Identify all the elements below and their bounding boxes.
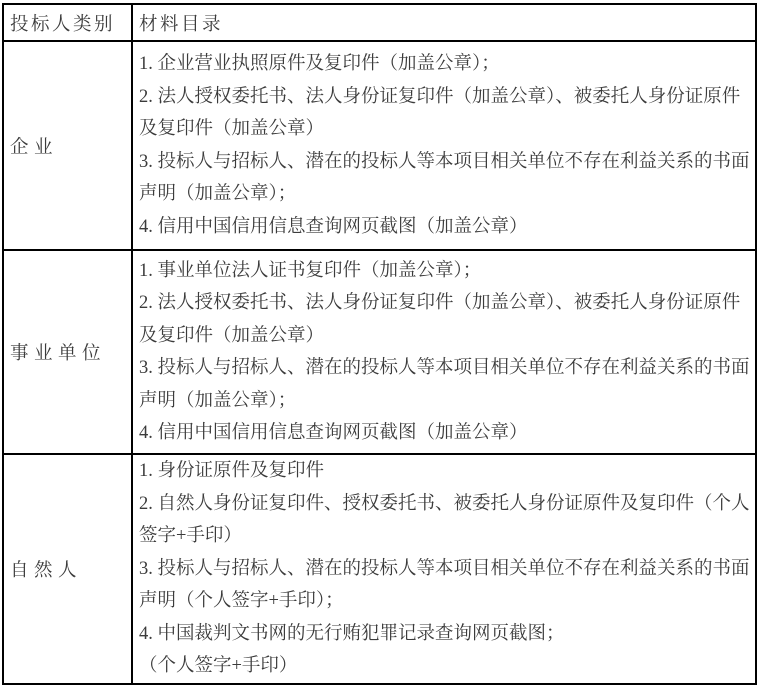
material-item: 1. 企业营业执照原件及复印件（加盖公章）； [139, 48, 752, 81]
table-row-public-institution: 事业单位 1. 事业单位法人证书复印件（加盖公章）； 2. 法人授权委托书、法人… [3, 250, 756, 454]
col-header-material-catalog: 材料目录 [132, 4, 756, 41]
materials-list-public-institution: 1. 事业单位法人证书复印件（加盖公章）； 2. 法人授权委托书、法人身份证复印… [132, 250, 756, 454]
category-label-enterprise: 企业 [3, 41, 132, 250]
material-item: 1. 身份证原件及复印件 [139, 455, 752, 488]
material-item: 4. 信用中国信用信息查询网页截图（加盖公章） [139, 211, 752, 244]
document-page: 投标人类别 材料目录 企业 1. 企业营业执照原件及复印件（加盖公章）； 2. … [0, 0, 760, 688]
col-header-bidder-category: 投标人类别 [3, 4, 132, 41]
material-item: 3. 投标人与招标人、潜在的投标人等本项目相关单位不存在利益关系的书面 声明（加… [139, 146, 752, 211]
material-item: （个人签字+手印） [139, 650, 752, 683]
materials-list-enterprise: 1. 企业营业执照原件及复印件（加盖公章）； 2. 法人授权委托书、法人身份证复… [132, 41, 756, 250]
materials-list-natural-person: 1. 身份证原件及复印件 2. 自然人身份证复印件、授权委托书、被委托人身份证原… [132, 454, 756, 684]
category-label-public-institution: 事业单位 [3, 250, 132, 454]
material-item: 4. 信用中国信用信息查询网页截图（加盖公章） [139, 417, 752, 450]
material-item: 4. 中国裁判文书网的无行贿犯罪记录查询网页截图； [139, 618, 752, 651]
table-row-enterprise: 企业 1. 企业营业执照原件及复印件（加盖公章）； 2. 法人授权委托书、法人身… [3, 41, 756, 250]
material-item: 2. 法人授权委托书、法人身份证复印件（加盖公章）、被委托人身份证原件 及复印件… [139, 81, 752, 146]
category-label-natural-person: 自然人 [3, 454, 132, 684]
material-item: 3. 投标人与招标人、潜在的投标人等本项目相关单位不存在利益关系的书面 声明（个… [139, 553, 752, 618]
material-item: 1. 事业单位法人证书复印件（加盖公章）； [139, 255, 752, 288]
material-item: 2. 法人授权委托书、法人身份证复印件（加盖公章）、被委托人身份证原件 及复印件… [139, 287, 752, 352]
table-header-row: 投标人类别 材料目录 [3, 4, 756, 41]
bidder-materials-table: 投标人类别 材料目录 企业 1. 企业营业执照原件及复印件（加盖公章）； 2. … [2, 3, 757, 685]
material-item: 2. 自然人身份证复印件、授权委托书、被委托人身份证原件及复印件（个人 签字+手… [139, 488, 752, 553]
material-item: 3. 投标人与招标人、潜在的投标人等本项目相关单位不存在利益关系的书面 声明（加… [139, 352, 752, 417]
table-row-natural-person: 自然人 1. 身份证原件及复印件 2. 自然人身份证复印件、授权委托书、被委托人… [3, 454, 756, 684]
